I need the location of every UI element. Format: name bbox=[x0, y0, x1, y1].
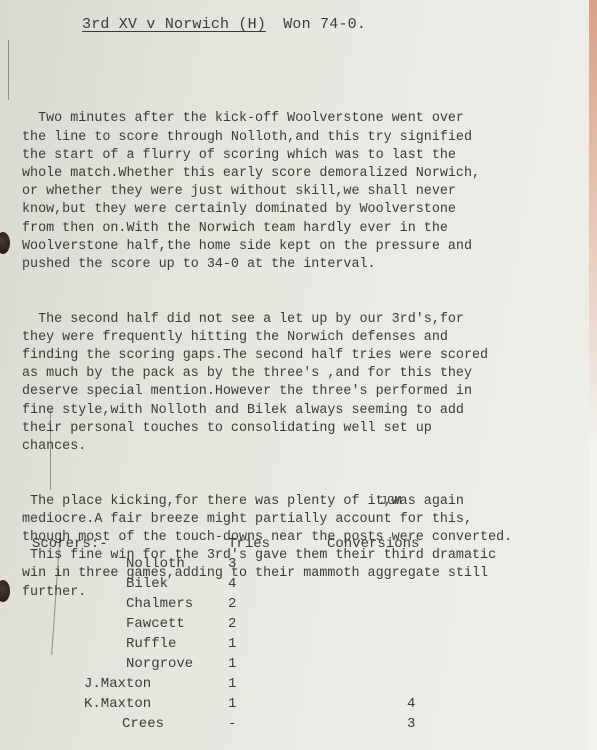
scorer-name: Nolloth bbox=[126, 554, 185, 574]
scorer-name: Fawcett bbox=[126, 614, 185, 634]
scorer-tries: 1 bbox=[208, 694, 323, 714]
scorer-conversions bbox=[323, 614, 419, 634]
scorers-label: Scorers:- bbox=[32, 534, 108, 554]
scorer-name: K.Maxton bbox=[84, 694, 151, 714]
scorer-tries: 1 bbox=[208, 654, 323, 674]
scorer-conversions bbox=[323, 654, 419, 674]
conversions-header: Conversions bbox=[323, 534, 419, 554]
scorer-tries: 4 bbox=[208, 574, 323, 594]
scorer-conversions: 4 bbox=[323, 694, 419, 714]
scorer-row: K.Maxton14 bbox=[32, 694, 419, 714]
scorer-conversions bbox=[323, 634, 419, 654]
paragraph-second-half: The second half did not see a let up by … bbox=[22, 311, 592, 457]
scorer-row: Ruffle1 bbox=[32, 634, 419, 654]
scorer-name: Norgrove bbox=[126, 654, 193, 674]
scorer-conversions bbox=[323, 554, 419, 574]
scorer-name: Crees bbox=[122, 714, 164, 734]
scorer-conversions bbox=[323, 674, 419, 694]
scorer-row: Nolloth3 bbox=[32, 554, 419, 574]
scorers-header-row: Scorers:- Tries Conversions bbox=[32, 534, 419, 554]
scorer-tries: 1 bbox=[208, 634, 323, 654]
scorer-row: Fawcett2 bbox=[32, 614, 419, 634]
punch-hole-bottom bbox=[0, 580, 10, 602]
scorer-tries: 2 bbox=[208, 614, 323, 634]
scorer-name: Bilek bbox=[126, 574, 168, 594]
scorers-table: Scorers:- Tries Conversions Nolloth3Bile… bbox=[32, 534, 419, 734]
author-initials: JGM bbox=[380, 494, 402, 508]
scorer-conversions bbox=[323, 594, 419, 614]
scorer-name: J.Maxton bbox=[84, 674, 151, 694]
scorer-row: Crees-3 bbox=[32, 714, 419, 734]
scorer-tries: 3 bbox=[208, 554, 323, 574]
scorer-row: Norgrove1 bbox=[32, 654, 419, 674]
punch-hole-top bbox=[0, 232, 10, 254]
scorer-row: Bilek4 bbox=[32, 574, 419, 594]
scorer-tries: 1 bbox=[208, 674, 323, 694]
report-title: 3rd XV v Norwich (H) Won 74-0. bbox=[0, 16, 597, 33]
scorer-conversions bbox=[323, 574, 419, 594]
tries-header: Tries bbox=[208, 534, 323, 554]
scorer-row: Chalmers2 bbox=[32, 594, 419, 614]
scorer-tries: - bbox=[208, 714, 323, 734]
scorer-name: Ruffle bbox=[126, 634, 176, 654]
scorer-name: Chalmers bbox=[126, 594, 193, 614]
scorer-row: J.Maxton1 bbox=[32, 674, 419, 694]
margin-pencil-line bbox=[8, 40, 9, 100]
match-result: Won 74-0. bbox=[283, 16, 366, 33]
scorer-conversions: 3 bbox=[323, 714, 419, 734]
scorer-tries: 2 bbox=[208, 594, 323, 614]
match-heading: 3rd XV v Norwich (H) bbox=[82, 16, 266, 33]
paragraph-first-half: Two minutes after the kick-off Woolverst… bbox=[22, 110, 592, 274]
